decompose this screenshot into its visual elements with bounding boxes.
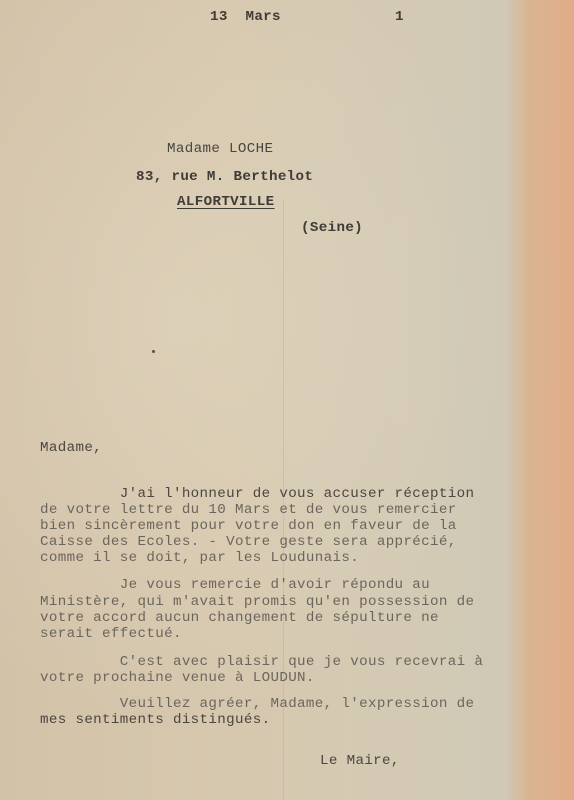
paragraph-line: de votre lettre du 10 Mars et de vous re… xyxy=(40,503,457,518)
signature: Le Maire, xyxy=(320,754,400,769)
paragraph-line: serait effectué. xyxy=(40,627,182,642)
paragraph-line: Je vous remercie d'avoir répondu au xyxy=(40,578,430,593)
paragraph-line: Caisse des Ecoles. - Votre geste sera ap… xyxy=(40,535,457,550)
paragraph-line: bien sincèrement pour votre don en faveu… xyxy=(40,519,457,534)
recipient-department: (Seine) xyxy=(301,221,363,236)
paragraph-line: Ministère, qui m'avait promis qu'en poss… xyxy=(40,595,474,610)
paragraph-line: votre accord aucun changement de sépultu… xyxy=(40,611,439,626)
paragraph-line: Veuillez agréer, Madame, l'expression de xyxy=(40,697,474,712)
recipient-city: ALFORTVILLE xyxy=(177,195,275,210)
paragraph-line: mes sentiments distingués. xyxy=(40,713,270,728)
paragraph-line: votre prochaine venue à LOUDUN. xyxy=(40,671,315,686)
letter-date: 13 Mars xyxy=(210,10,281,25)
paragraph-line: comme il se doit, par les Loudunais. xyxy=(40,551,359,566)
page-number: 1 xyxy=(395,10,404,25)
salutation: Madame, xyxy=(40,441,102,456)
paragraph-line: J'ai l'honneur de vous accuser réception xyxy=(40,487,474,502)
recipient-street: 83, rue M. Berthelot xyxy=(136,170,313,185)
paragraph-line: C'est avec plaisir que je vous recevrai … xyxy=(40,655,483,670)
recipient-name: Madame LOCHE xyxy=(167,142,273,157)
ink-spot xyxy=(152,350,155,353)
